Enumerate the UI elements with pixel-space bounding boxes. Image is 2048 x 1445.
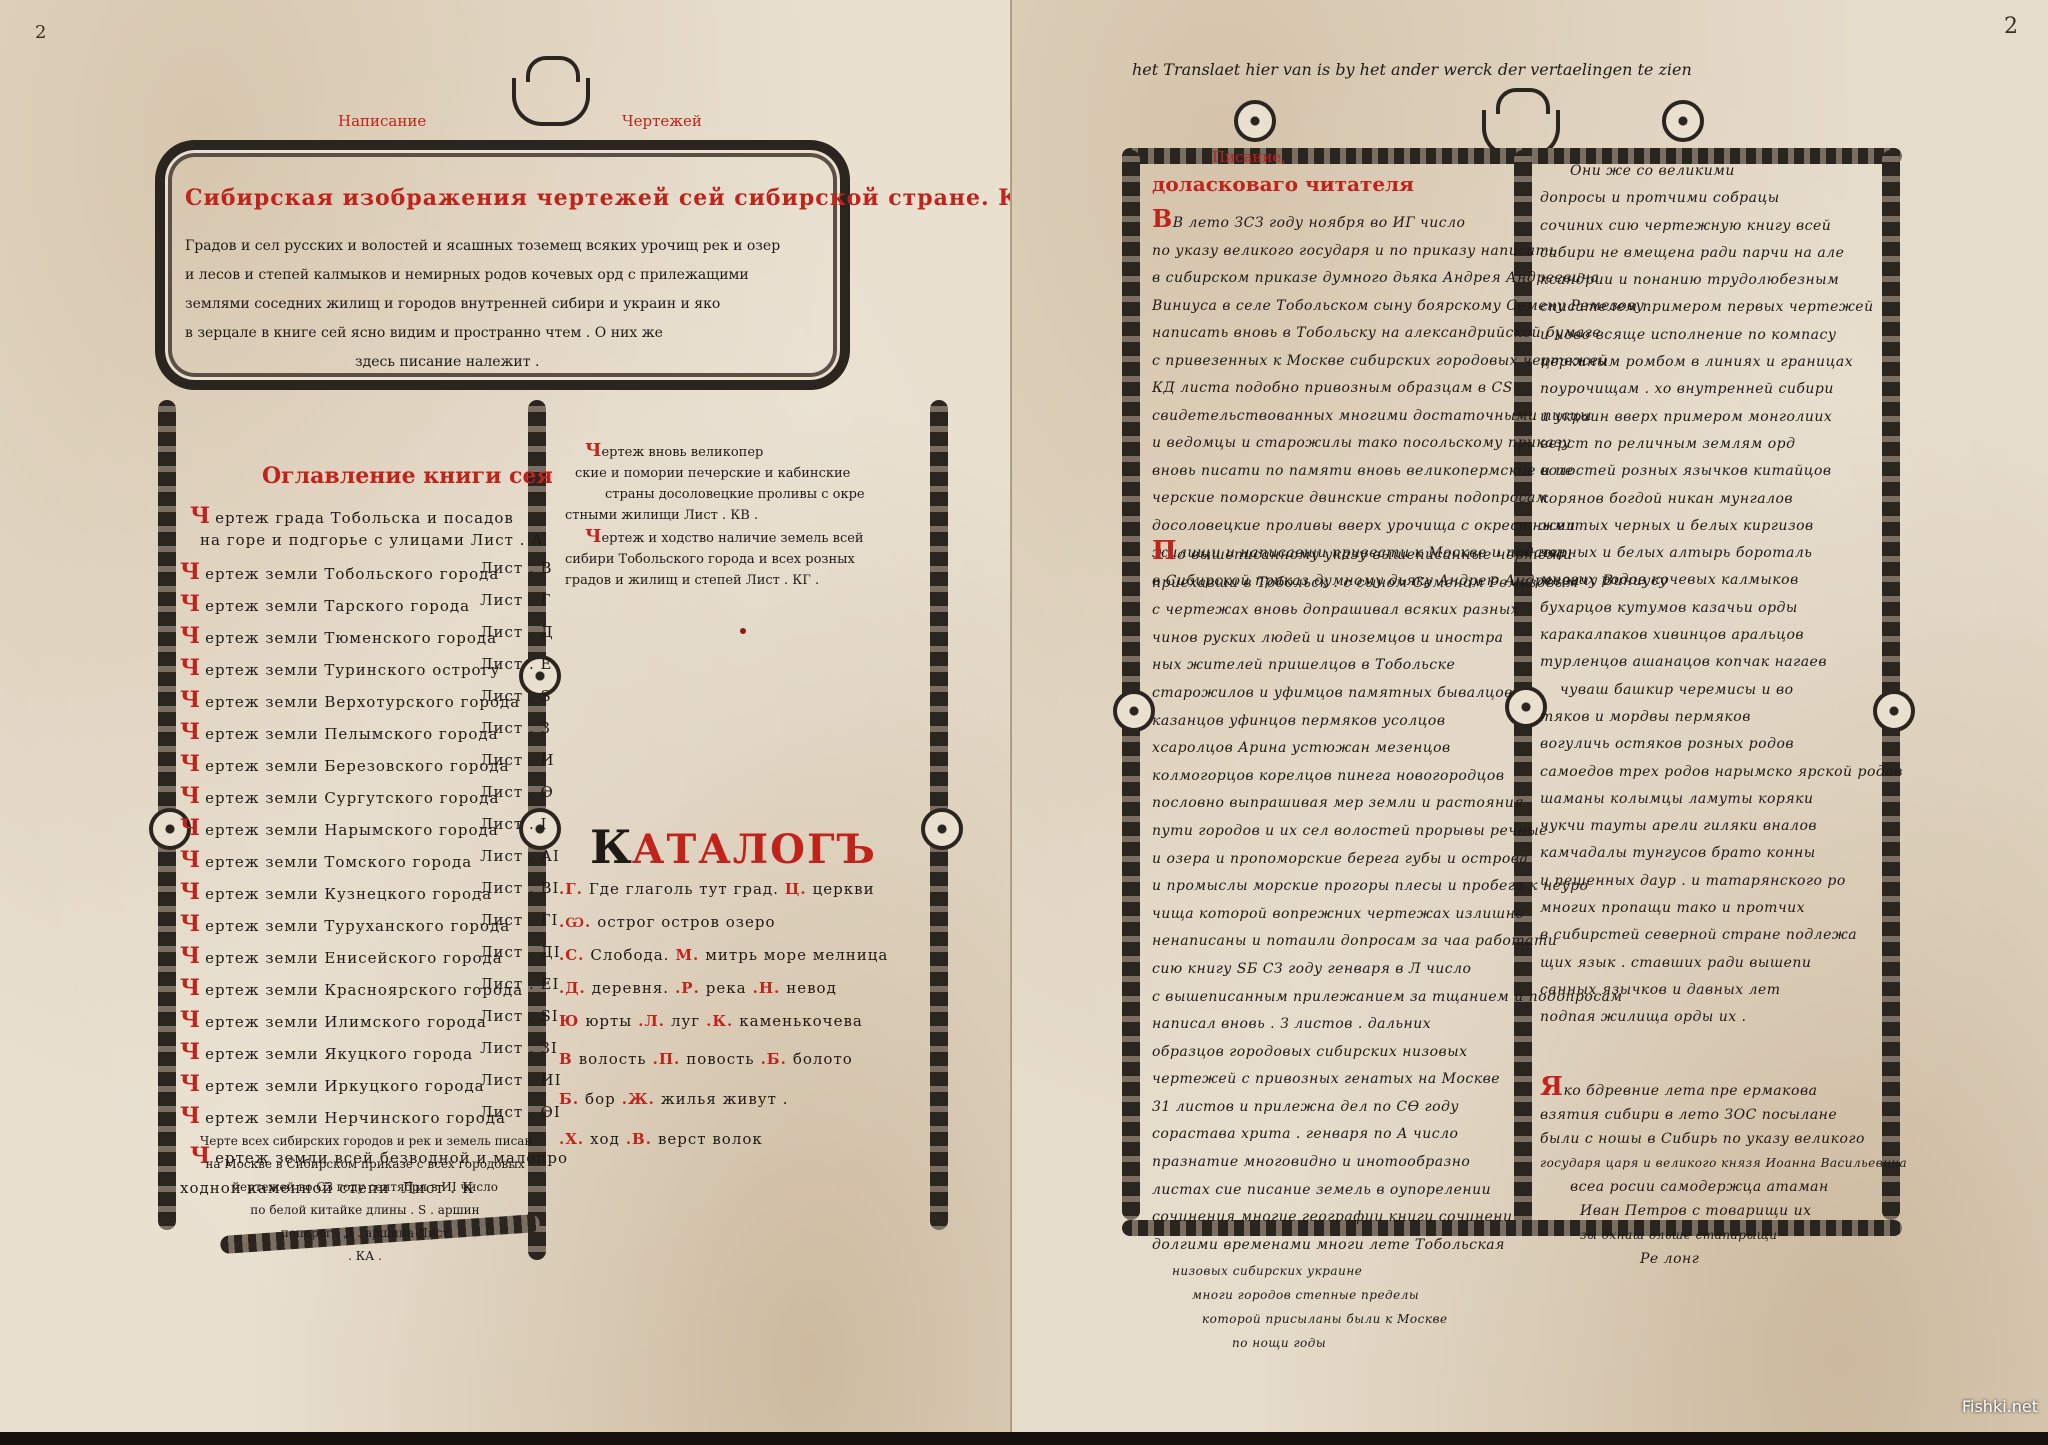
contents-continued: Чертеж вновь великопер ские и помории пе… — [565, 440, 925, 591]
contents-row: Чертеж земли Кузнецкого городаЛист . ВІ — [180, 879, 492, 905]
contents-heading: Оглавление книги сея — [262, 463, 553, 489]
contents-row: Чертеж и ходство наличие земель всей — [585, 526, 945, 549]
legend-row: Б.бор.Ж.жилья живут . — [553, 1090, 788, 1108]
intro-line: в зерцале в книге сей ясно видим и прост… — [185, 319, 835, 348]
contents-row: Чертеж земли Тюменского городаЛист . Д — [180, 623, 497, 649]
contents-row: Чертеж земли Туринского острогуЛист . Е — [180, 655, 500, 681]
contents-row: Чертеж земли Томского городаЛист . АІ — [180, 847, 472, 873]
top-caption-right: Чертежей — [622, 112, 702, 130]
contents-row: Чертеж земли Верхотурского городаЛист . … — [180, 687, 520, 713]
compilation-note: Черте всех сибирских городов и рек и зем… — [200, 1130, 530, 1268]
bottom-edge — [0, 1432, 2048, 1445]
contents-row: Чертеж града Тобольска и посадов — [190, 503, 514, 529]
contents-row: Чертеж земли Тарского городаЛист . Г — [180, 591, 470, 617]
top-caption-left: Написание — [338, 112, 426, 130]
contents-row: Чертеж земли Нерчинского городаЛист . ѲІ — [180, 1103, 506, 1129]
contents-row: Чертеж земли Сургутского городаЛист . Ѳ — [180, 783, 499, 809]
legend-row: .Г.Где глаголь тут град.Ц.церкви — [553, 880, 875, 898]
legend-row: Ююрты.Л.луг.К.каменькочева — [553, 1012, 863, 1030]
intro-line: землями соседних жилищ и городов внутрен… — [185, 290, 835, 319]
preface-right-column-2: Яко бдревние лета пре ермакова взятия си… — [1540, 1075, 1880, 1271]
page-heading: доласковаго читателя — [1152, 172, 1414, 196]
intro-text: Градов и сел русских и волостей и ясашны… — [185, 232, 835, 377]
contents-row: Чертеж земли Енисейского городаЛист . ДІ — [180, 943, 503, 969]
contents-row: Чертеж земли Тобольского городаЛист . В — [180, 559, 499, 585]
catalog-title: КАТАЛОГЪ — [590, 820, 877, 874]
folio-number: 2 — [2004, 14, 2018, 39]
contents-row: Чертеж земли Красноярского городаЛист . … — [180, 975, 523, 1001]
right-page: 2 het Translaet hier van is by het ander… — [1012, 0, 2048, 1432]
folio-number: 2 — [35, 22, 46, 43]
intro-line: Градов и сел русских и волостей и ясашны… — [185, 232, 835, 261]
contents-row: Чертеж земли Иркуцкого городаЛист . ИІ — [180, 1071, 485, 1097]
contents-row: Чертеж земли Березовского городаЛист . И — [180, 751, 510, 777]
ink-spot — [740, 628, 746, 634]
heading-small: Писание, — [1212, 148, 1286, 166]
crown-ornament-icon — [512, 78, 590, 126]
left-page: 2 Написание Чертежей Сибирская изображен… — [0, 0, 1012, 1432]
contents-row: Чертеж земли Пелымского городаЛист . З — [180, 719, 499, 745]
left-vine-border — [1122, 150, 1140, 1220]
preface-left-column-2: По вышеписанному указу вышеписанные черт… — [1152, 538, 1512, 1355]
legend-row: .Х.ход.В.верст волок — [553, 1130, 763, 1148]
contents-row: Чертеж земли Якуцкого городаЛист . ЗІ — [180, 1039, 473, 1065]
intro-line: здесь писание належит . — [355, 348, 1005, 377]
legend-row: .С.Слобода.М.митрь море мелница — [553, 946, 888, 964]
legend-row: Вволость.П.повость.Б.болото — [553, 1050, 853, 1068]
text-line: ВВ лето ЗСЗ году ноября во ИГ число — [1152, 205, 1512, 238]
text-line: Яко бдревние лета пре ермакова — [1540, 1075, 1880, 1103]
watermark: Fishki.net — [1962, 1397, 2038, 1416]
contents-row: Чертеж земли Нарымского городаЛист . І — [180, 815, 499, 841]
text-line: По вышеписанному указу вышеписанные черт… — [1152, 538, 1512, 570]
intro-line: и лесов и степей калмыков и немирных род… — [185, 261, 835, 290]
preface-right-column: Они же со великими допросы и протчими со… — [1540, 158, 1880, 1032]
contents-row: на горе и подгорье с улицами Лист . А — [200, 531, 544, 549]
rosette-icon — [921, 808, 963, 850]
contents-heading-text: Оглавление книги сея — [262, 463, 553, 489]
contents-row: Чертеж земли Туруханского городаЛист . Г… — [180, 911, 510, 937]
legend-row: .Ѡ.острог остров озеро — [553, 913, 776, 932]
rosette-icon — [1234, 100, 1276, 142]
preface-left-column: ВВ лето ЗСЗ году ноября во ИГ число по у… — [1152, 205, 1512, 595]
legend-row: .Д.деревня..Р.река.Н.невод — [553, 979, 837, 997]
dutch-annotation: het Translaet hier van is by het ander w… — [1132, 60, 1692, 79]
rosette-icon — [1113, 690, 1155, 732]
contents-row: Чертеж вновь великопер — [585, 440, 945, 463]
rosette-icon — [1662, 100, 1704, 142]
contents-row: Чертеж земли Илимского городаЛист . SІ — [180, 1007, 487, 1033]
